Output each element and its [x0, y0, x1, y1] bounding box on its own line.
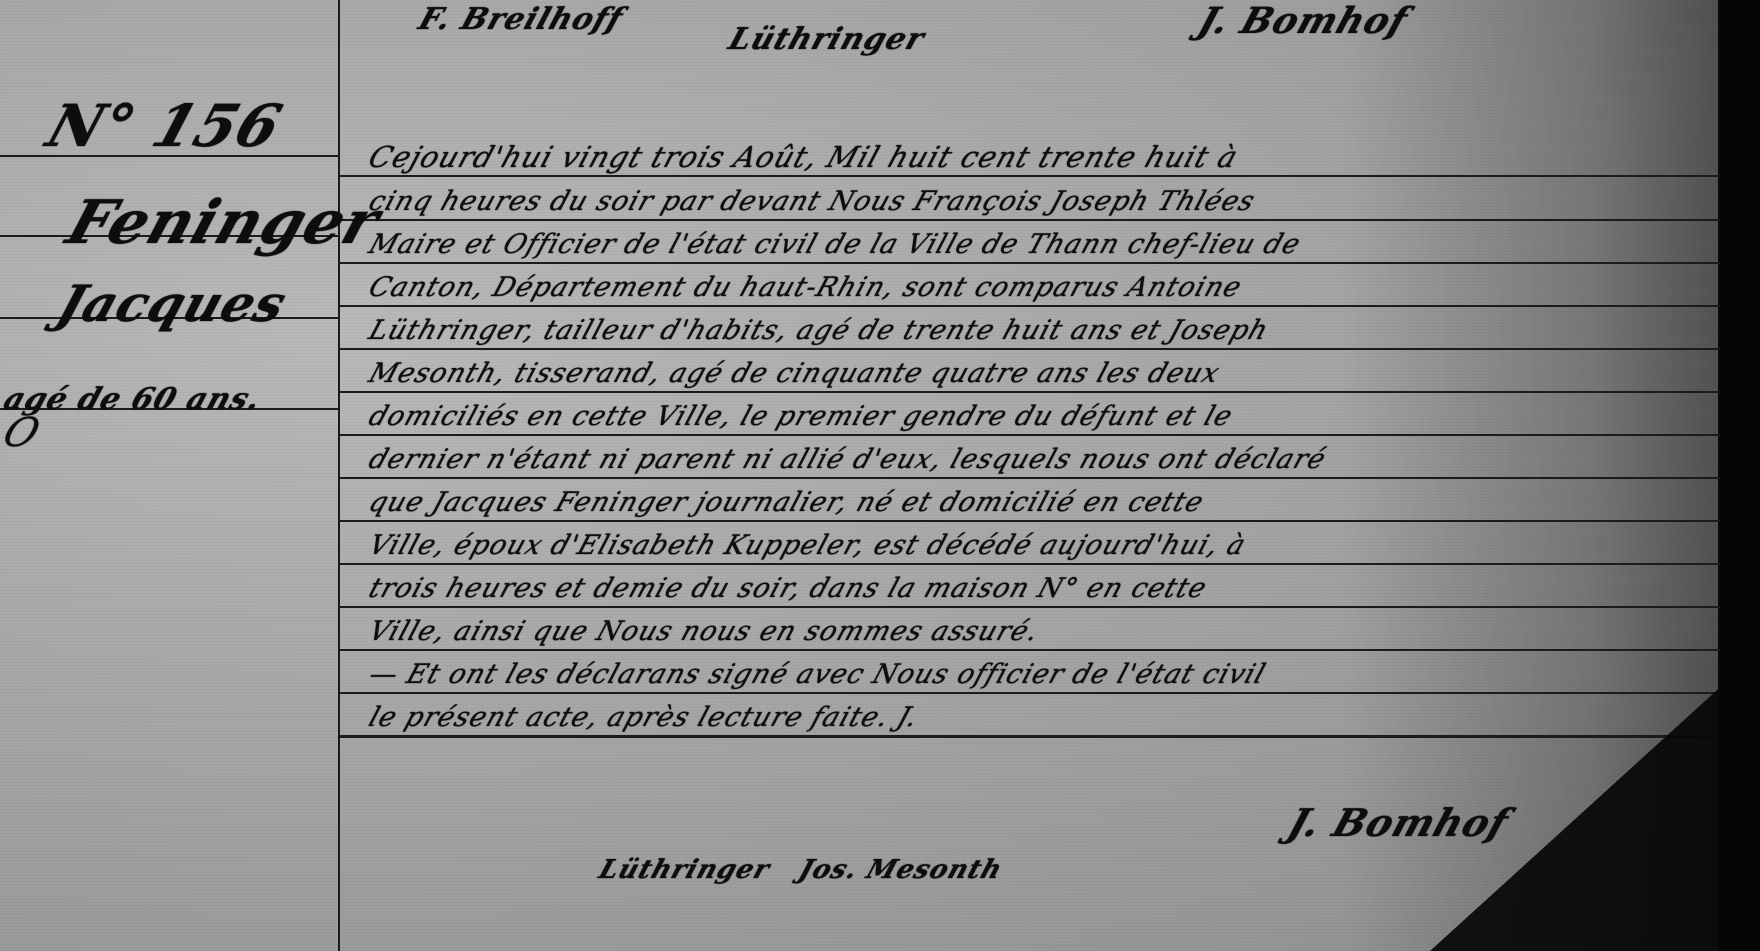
deceased-given-name: Jacques	[50, 274, 294, 333]
scan-edge	[1720, 0, 1760, 951]
body-line-4: Canton, Département du haut-Rhin, sont c…	[365, 272, 1246, 303]
body-line-1: Cejourd'hui vingt trois Août, Mil huit c…	[364, 140, 1242, 174]
ruled-line	[340, 219, 1720, 221]
body-line-14: le présent acte, après lecture faite. J.	[365, 702, 922, 733]
signature-declarant-1: Lüthringer	[595, 855, 774, 885]
body-line-2: cinq heures du soir par devant Nous Fran…	[365, 186, 1259, 217]
scan-corner-shadow	[1430, 651, 1760, 951]
ruled-line	[340, 175, 1720, 177]
entry-number: N° 156	[39, 92, 290, 160]
body-line-3: Maire et Officier de l'état civil de la …	[365, 229, 1305, 260]
signature-top-3: J. Bomhof	[1193, 0, 1413, 42]
ruled-line	[340, 520, 1720, 522]
ruled-line	[340, 563, 1720, 565]
body-line-5: Lüthringer, tailleur d'habits, agé de tr…	[365, 315, 1273, 346]
deceased-surname: Feninger	[59, 188, 389, 258]
body-line-7: domiciliés en cette Ville, le premier ge…	[365, 401, 1237, 432]
margin-rule	[338, 0, 340, 951]
ruled-line	[340, 606, 1720, 608]
body-line-6: Mesonth, tisserand, agé de cinquante qua…	[365, 358, 1224, 389]
ruled-line	[340, 477, 1720, 479]
body-line-13: — Et ont les déclarans signé avec Nous o…	[365, 659, 1270, 690]
ruled-line	[340, 262, 1720, 264]
ruled-line	[340, 434, 1720, 436]
body-line-11: trois heures et demie du soir, dans la m…	[365, 573, 1211, 604]
ruled-line	[340, 305, 1720, 307]
signature-declarant-2: Jos. Mesonth	[795, 855, 1006, 885]
ruled-line	[340, 391, 1720, 393]
body-line-10: Ville, époux d'Elisabeth Kuppeler, est d…	[365, 530, 1250, 561]
body-line-12: Ville, ainsi que Nous nous en sommes ass…	[365, 616, 1043, 647]
body-line-9: que Jacques Feninger journalier, né et d…	[365, 487, 1208, 518]
signature-top-2: Lüthringer	[724, 22, 929, 57]
ruled-line	[340, 348, 1720, 350]
signature-top-1: F. Breilhoff	[414, 2, 627, 37]
body-line-8: dernier n'étant ni parent ni allié d'eux…	[365, 444, 1330, 475]
